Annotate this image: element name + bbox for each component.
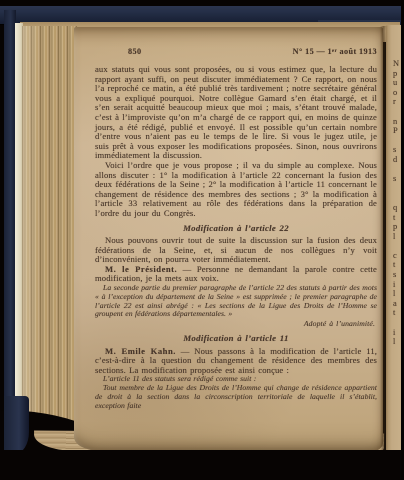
facing-page-text-fragment: l: [393, 289, 401, 299]
facing-page-text-fragment: [393, 184, 401, 194]
facing-page-text-fragment: N: [393, 59, 401, 69]
page-text-column: aux statuts qui vous sont proposées, ou …: [95, 65, 377, 411]
facing-page-text-fragment: i: [393, 328, 401, 338]
speaker-name: M. le Président.: [105, 264, 177, 274]
facing-page-text-fragment: a: [393, 299, 401, 309]
vote-result: Adopté à l’unanimité.: [95, 320, 375, 329]
paragraph: M. le Président. — Personne ne demandant…: [95, 265, 377, 284]
facing-page-text-fragment: d: [393, 155, 401, 165]
section-heading: Modification à l’article 11: [95, 334, 377, 344]
facing-page-text-fragment: l: [393, 337, 401, 347]
bottom-shadow: [0, 450, 404, 480]
facing-page-text-fragment: l: [393, 232, 401, 242]
statute-quote: La seconde partie du premier paragraphe …: [95, 284, 377, 319]
facing-page-text-fragment: s: [393, 145, 401, 155]
facing-page-text-fragment: p: [393, 69, 401, 79]
facing-page-text-fragment: q: [393, 203, 401, 213]
facing-page-text-fragment: s: [393, 270, 401, 280]
book-cover-bottom-left: [4, 396, 29, 454]
facing-page-text-fragment: i: [393, 280, 401, 290]
gutter-crease: [380, 26, 388, 450]
facing-page-text-fragment: t: [393, 308, 401, 318]
facing-page-text-fragment: t: [393, 260, 401, 270]
paragraph: M. Emile Kahn. — Nous passons à la modif…: [95, 347, 377, 376]
section-heading: Modification à l’article 22: [95, 224, 377, 234]
facing-page-text-fragment: [393, 107, 401, 117]
statute-quote: Tout membre de la Ligue des Droits de l’…: [95, 384, 377, 410]
facing-page-text-fragment: [393, 318, 401, 328]
facing-page-text-fragment: p: [393, 222, 401, 232]
facing-page-text-fragment: P: [393, 126, 401, 136]
facing-page-text-fragments: NpuornPsdsqtplctsilatil: [393, 59, 401, 347]
facing-page-text-fragment: s: [393, 174, 401, 184]
fanned-pages-fore-edge: [22, 26, 78, 438]
issue-label: N° 15 — 1ᵉʳ août 1913: [293, 47, 377, 56]
facing-page-text-fragment: [393, 136, 401, 146]
speaker-name: M. Emile Kahn.: [105, 346, 176, 356]
facing-page-text-fragment: o: [393, 88, 401, 98]
facing-page-text-fragment: c: [393, 251, 401, 261]
facing-page-text-fragment: [393, 165, 401, 175]
facing-page-text-fragment: n: [393, 117, 401, 127]
facing-page-text-fragment: r: [393, 97, 401, 107]
paragraph: Nous pouvons ouvrir tout de suite la dis…: [95, 236, 377, 265]
facing-page-text-fragment: u: [393, 78, 401, 88]
main-page: 850 N° 15 — 1ᵉʳ août 1913 aux statuts qu…: [74, 27, 383, 451]
page-number: 850: [128, 47, 141, 56]
paragraph: aux statuts qui vous sont proposées, ou …: [95, 65, 377, 161]
book-photo-scene: 850 N° 15 — 1ᵉʳ août 1913 aux statuts qu…: [0, 0, 404, 480]
page-header: 850 N° 15 — 1ᵉʳ août 1913: [95, 47, 377, 56]
facing-page-text-fragment: t: [393, 213, 401, 223]
paragraph: Voici l’ordre que je vous propose ; il v…: [95, 161, 377, 219]
facing-page-text-fragment: [393, 241, 401, 251]
facing-page-text-fragment: [393, 193, 401, 203]
facing-page-sliver: NpuornPsdsqtplctsilatil: [386, 25, 402, 450]
